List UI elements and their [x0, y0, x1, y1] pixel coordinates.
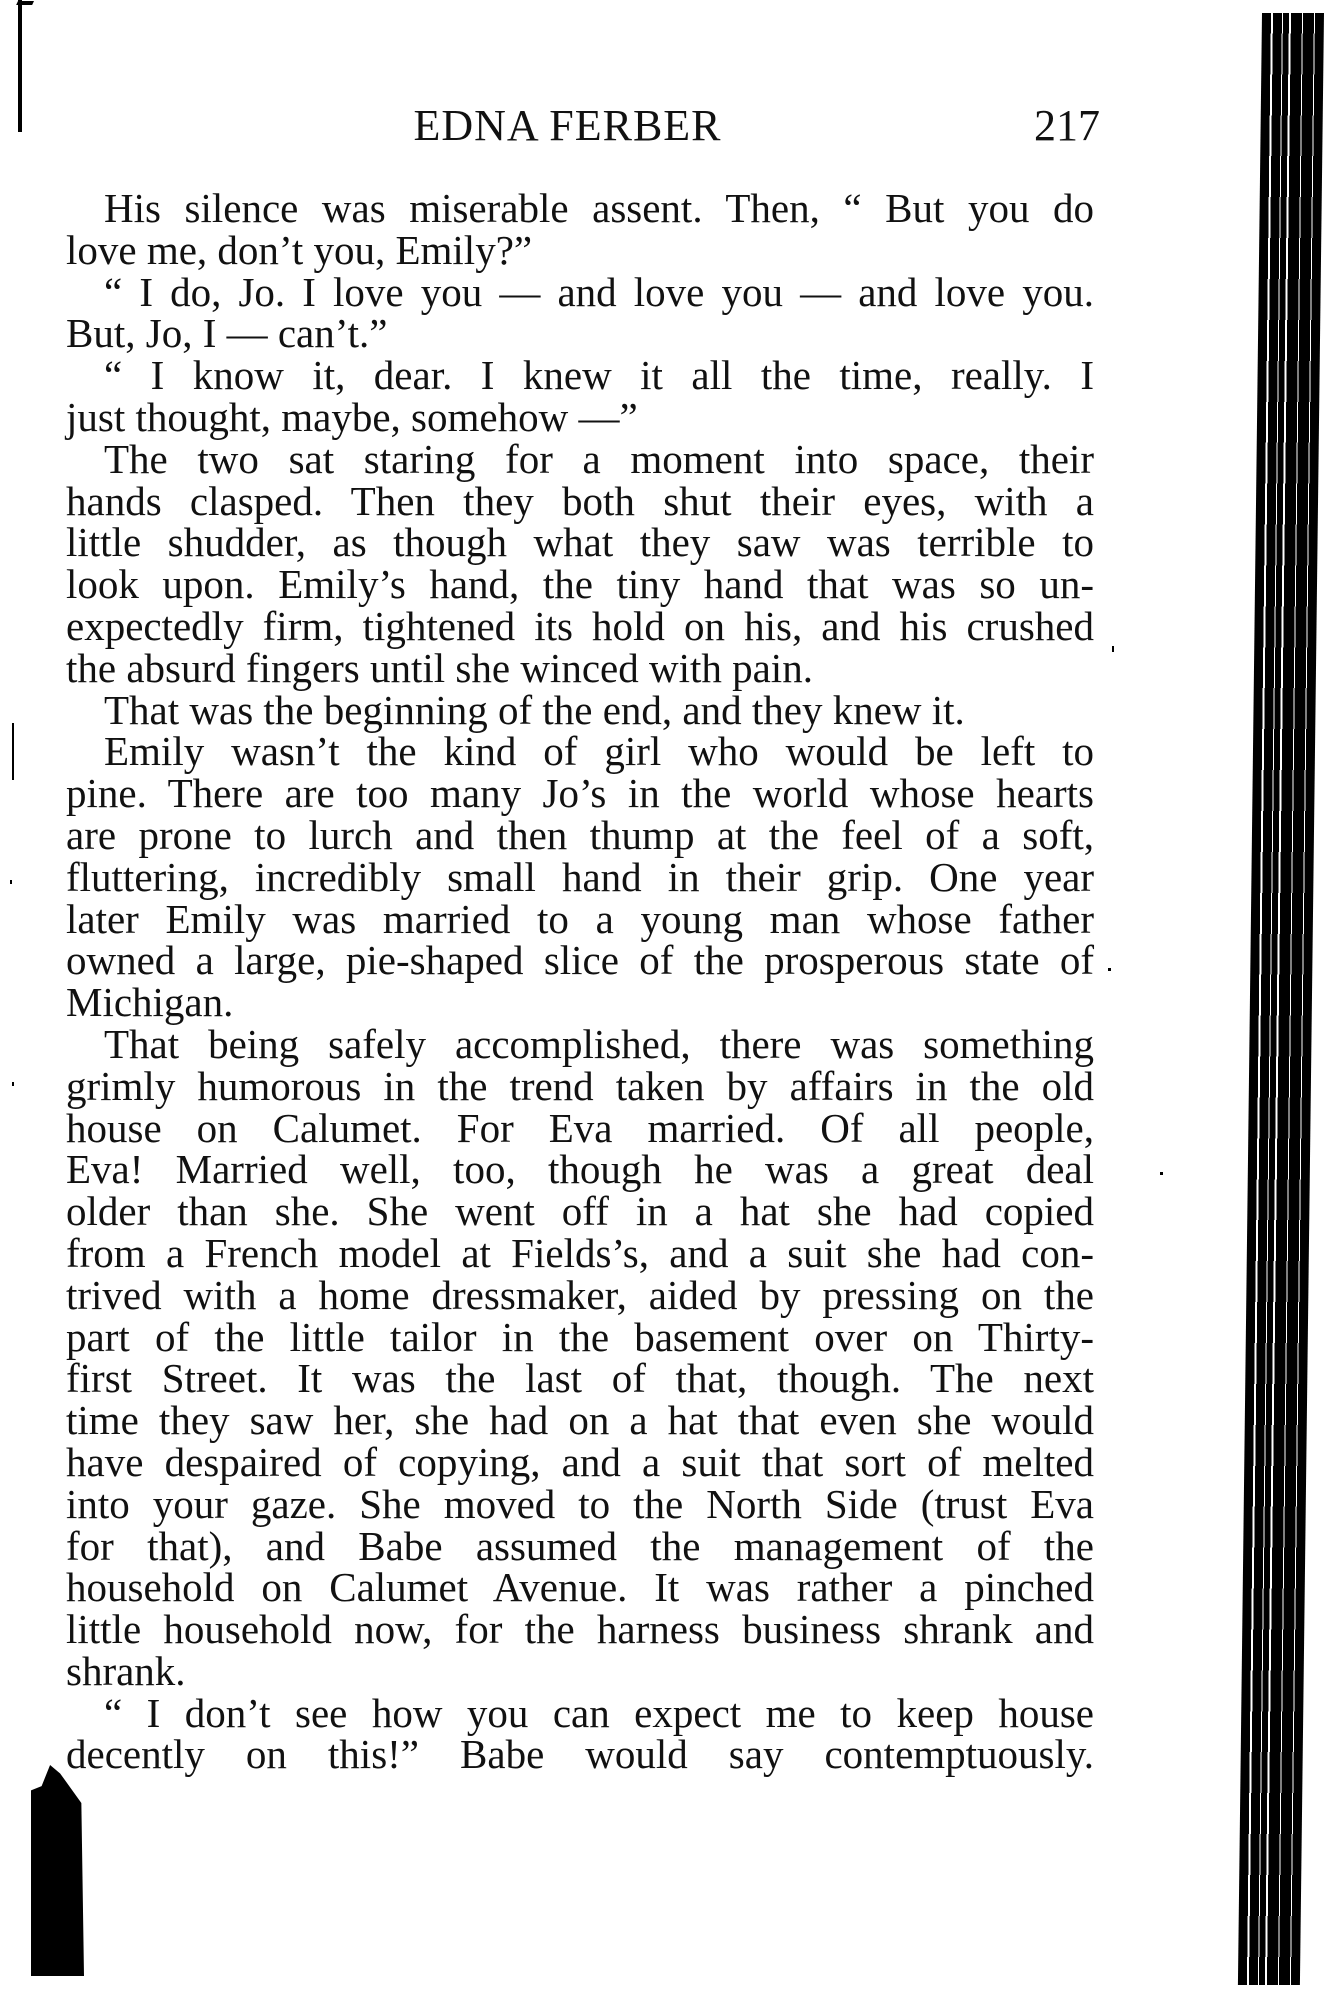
text-line: The two sat staring for a moment into sp…	[66, 439, 1094, 481]
margin-speck	[1108, 968, 1111, 971]
text-line: hands clasped. Then they both shut their…	[66, 481, 1094, 523]
text-line: time they saw her, she had on a hat that…	[66, 1400, 1094, 1442]
text-line: part of the little tailor in the basemen…	[66, 1317, 1094, 1359]
body-text: His silence was miserable assent. Then, …	[66, 188, 1094, 1776]
running-head: EDNA FERBER	[395, 100, 740, 152]
text-line: older than she. She went off in a hat sh…	[66, 1191, 1094, 1233]
text-line: That being safely accomplished, there wa…	[66, 1024, 1094, 1066]
text-line: But, Jo, I — can’t.”	[66, 313, 1094, 355]
text-line: shrank.	[66, 1651, 1094, 1693]
text-line: household on Calumet Avenue. It was rath…	[66, 1567, 1094, 1609]
text-line: “ I do, Jo. I love you — and love you — …	[66, 272, 1094, 314]
text-line: look upon. Emily’s hand, the tiny hand t…	[66, 564, 1094, 606]
margin-speck	[1112, 646, 1114, 652]
scan-edge-mark	[18, 0, 22, 132]
text-line: from a French model at Fields’s, and a s…	[66, 1233, 1094, 1275]
text-line: decently on this!” Babe would say contem…	[66, 1734, 1094, 1776]
margin-speck	[10, 880, 12, 884]
text-line: into your gaze. She moved to the North S…	[66, 1484, 1094, 1526]
text-line: pine. There are too many Jo’s in the wor…	[66, 773, 1094, 815]
text-line: later Emily was married to a young man w…	[66, 899, 1094, 941]
text-line: the absurd fingers until she winced with…	[66, 648, 1094, 690]
text-line: little shudder, as though what they saw …	[66, 522, 1094, 564]
text-line: expectedly firm, tightened its hold on h…	[66, 606, 1094, 648]
text-line: “ I don’t see how you can expect me to k…	[66, 1693, 1094, 1735]
text-line: Emily wasn’t the kind of girl who would …	[66, 731, 1094, 773]
text-line: Eva! Married well, too, though he was a …	[66, 1149, 1094, 1191]
scan-gutter-band	[1238, 13, 1324, 1985]
page-number: 217	[1030, 100, 1100, 152]
text-line: grimly humorous in the trend taken by af…	[66, 1066, 1094, 1108]
text-line: “ I know it, dear. I knew it all the tim…	[66, 355, 1094, 397]
text-line: Michigan.	[66, 982, 1094, 1024]
margin-speck	[1160, 1172, 1163, 1175]
text-line: are prone to lurch and then thump at the…	[66, 815, 1094, 857]
text-line: owned a large, pie-shaped slice of the p…	[66, 940, 1094, 982]
scan-edge-shadow	[31, 1765, 84, 1976]
text-line: first Street. It was the last of that, t…	[66, 1358, 1094, 1400]
text-line: just thought, maybe, somehow —”	[66, 397, 1094, 439]
margin-speck	[12, 1082, 14, 1086]
margin-speck	[12, 723, 14, 780]
text-line: His silence was miserable assent. Then, …	[66, 188, 1094, 230]
text-line: trived with a home dressmaker, aided by …	[66, 1275, 1094, 1317]
text-line: house on Calumet. For Eva married. Of al…	[66, 1108, 1094, 1150]
text-line: That was the beginning of the end, and t…	[66, 690, 1094, 732]
text-line: fluttering, incredibly small hand in the…	[66, 857, 1094, 899]
text-line: love me, don’t you, Emily?”	[66, 230, 1094, 272]
text-line: have despaired of copying, and a suit th…	[66, 1442, 1094, 1484]
scan-edge-mark-top	[16, 1, 34, 5]
text-line: for that), and Babe assumed the manageme…	[66, 1526, 1094, 1568]
text-line: little household now, for the harness bu…	[66, 1609, 1094, 1651]
book-page: EDNA FERBER 217 His silence was miserabl…	[0, 0, 1326, 1989]
